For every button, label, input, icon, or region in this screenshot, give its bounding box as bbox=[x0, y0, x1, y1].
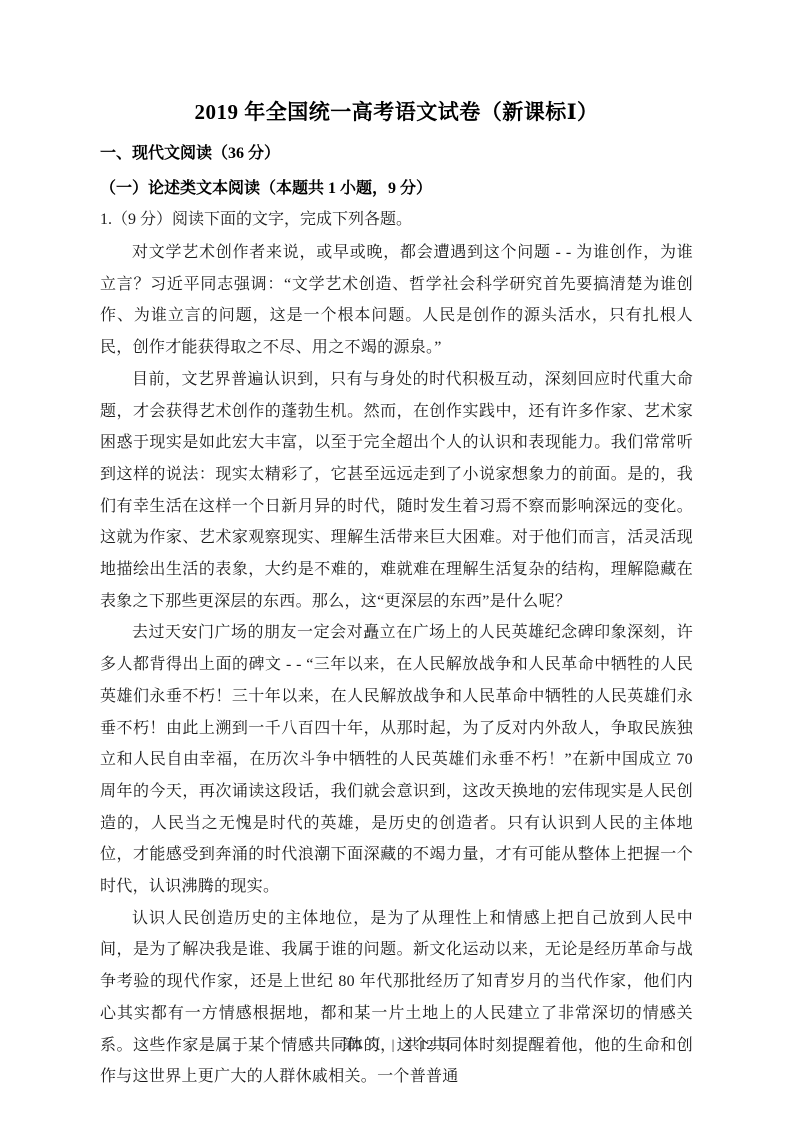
total-pages-label: 共12 页 bbox=[405, 1038, 451, 1053]
document-title: 2019 年全国统一高考语文试卷（新课标Ⅰ） bbox=[100, 97, 693, 127]
question-intro: 1.（9 分）阅读下面的文字，完成下列各题。 bbox=[100, 209, 693, 231]
passage-paragraph-2: 目前，文艺界普遍认识到，只有与身处的时代积极互动，深刻回应时代重大命题，才会获得… bbox=[100, 364, 693, 618]
exam-document-page: 2019 年全国统一高考语文试卷（新课标Ⅰ） 一、现代文阅读（36 分） （一）… bbox=[0, 0, 793, 1122]
passage-paragraph-3: 去过天安门广场的朋友一定会对矗立在广场上的人民英雄纪念碑印象深刻，许多人都背得出… bbox=[100, 617, 693, 902]
passage-paragraph-1: 对文学艺术创作者来说，或早或晚，都会遭遇到这个问题 - - 为谁创作，为谁立言？… bbox=[100, 237, 693, 364]
current-page-label: 第1 页 bbox=[342, 1038, 381, 1053]
reading-passage: 对文学艺术创作者来说，或早或晚，都会遭遇到这个问题 - - 为谁创作，为谁立言？… bbox=[100, 237, 693, 1093]
passage-paragraph-4: 认识人民创造历史的主体地位，是为了从理性上和情感上把自己放到人民中间，是为了解决… bbox=[100, 903, 693, 1093]
footer-separator: | bbox=[392, 1038, 395, 1054]
subsection-heading: （一）论述类文本阅读（本题共 1 小题，9 分） bbox=[100, 178, 693, 200]
page-footer: 第1 页|共12 页 bbox=[0, 1034, 793, 1054]
section-heading: 一、现代文阅读（36 分） bbox=[100, 143, 693, 165]
